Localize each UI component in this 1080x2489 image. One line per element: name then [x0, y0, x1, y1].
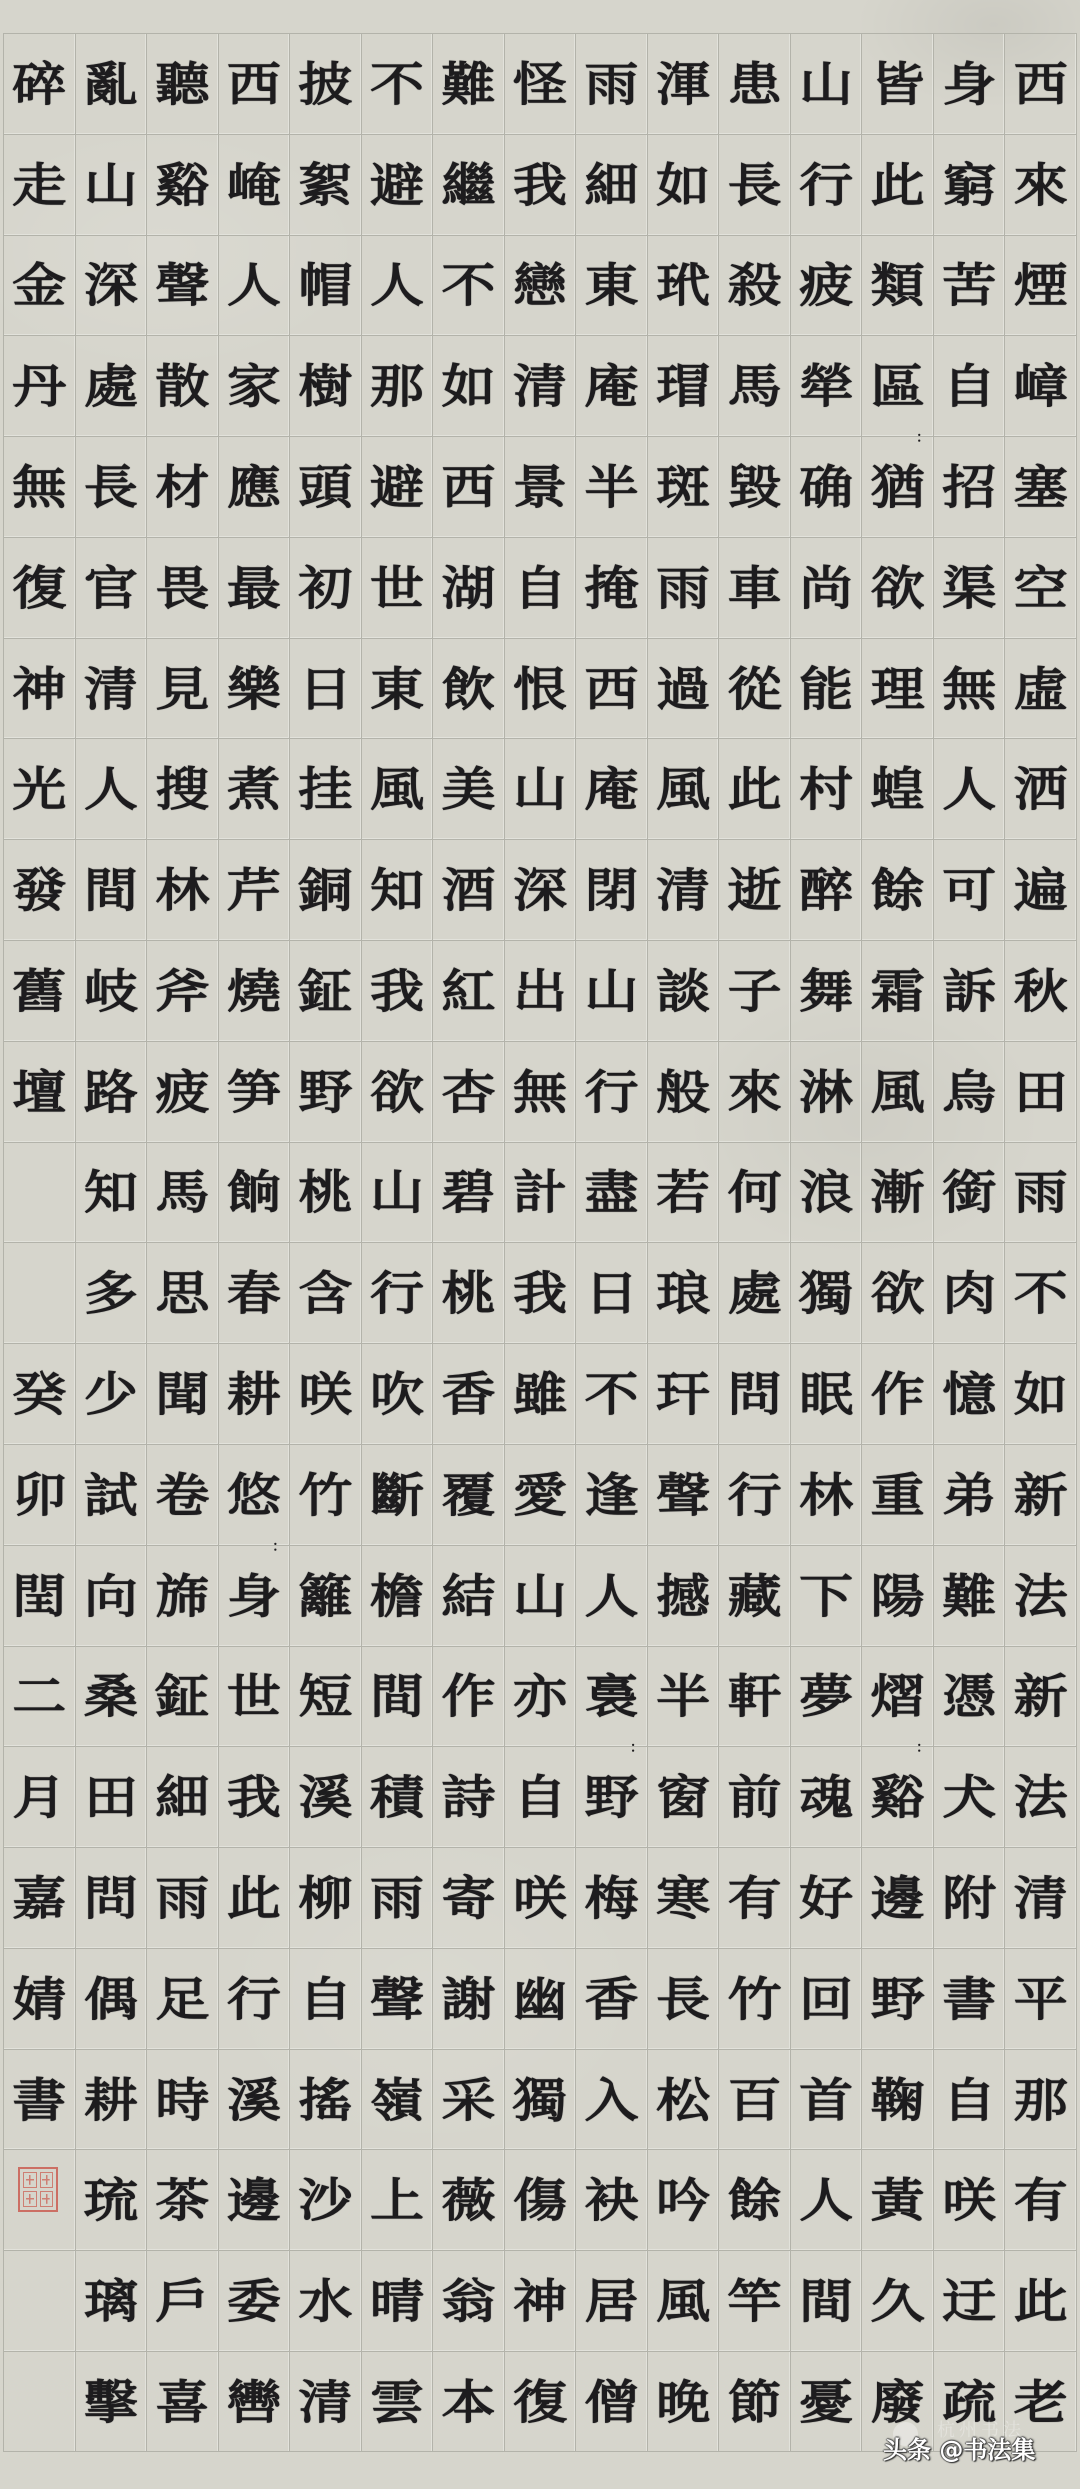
text-column: 怪我戀清景自恨山深出無計我雖愛山亦自咲幽獨傷神復	[505, 34, 577, 2451]
character-cell: 東	[576, 236, 647, 337]
repeat-mark: ：	[916, 431, 930, 445]
character: 獨	[799, 1270, 853, 1316]
character-cell: 疲	[791, 236, 862, 337]
character: 谿	[155, 161, 209, 207]
character-cell: 庵	[576, 739, 647, 840]
character-cell: 窮	[934, 135, 1005, 236]
character-cell: 我	[362, 941, 433, 1042]
character-cell: 世	[219, 1647, 290, 1748]
character-cell: 官	[76, 538, 147, 639]
character-cell: 庵	[576, 336, 647, 437]
character-cell: 竹	[290, 1445, 361, 1546]
character: 苦	[942, 262, 996, 308]
character-cell: 有	[719, 1848, 790, 1949]
character-cell: 西	[1005, 34, 1076, 135]
character-cell: 憑	[934, 1647, 1005, 1748]
repeat-mark: ：	[272, 1540, 286, 1554]
character: 旆	[155, 1572, 209, 1618]
character: 餘	[871, 867, 925, 913]
character: 嘉	[12, 1875, 66, 1921]
character: 美	[441, 766, 495, 812]
character-cell: 轡	[219, 2352, 290, 2453]
character: 山	[585, 968, 639, 1014]
character: 咲	[298, 1371, 352, 1417]
character: 絮	[298, 161, 352, 207]
seal-glyph	[23, 2172, 37, 2188]
character: 香	[441, 1371, 495, 1417]
character: 家	[227, 363, 281, 409]
character: 此	[871, 161, 925, 207]
character-cell: 溪	[219, 2050, 290, 2151]
character-cell: 自	[934, 336, 1005, 437]
character: 喜	[155, 2379, 209, 2425]
character-cell: 吹	[362, 1344, 433, 1445]
character-cell: 晴	[362, 2251, 433, 2352]
character-cell: 猶	[862, 437, 933, 538]
character: 那	[1014, 2076, 1068, 2122]
character: 半	[585, 464, 639, 510]
character: 竿	[728, 2278, 782, 2324]
character-cell: 招	[934, 437, 1005, 538]
character: 斧	[155, 968, 209, 1014]
character-cell: 多	[76, 1243, 147, 1344]
character-cell: 咲	[934, 2150, 1005, 2251]
character-cell: 法	[1005, 1747, 1076, 1848]
character: 二	[12, 1673, 66, 1719]
character: 行	[799, 161, 853, 207]
character: 清	[513, 363, 567, 409]
character-cell: 書	[4, 2050, 75, 2151]
character-cell: 新	[1005, 1445, 1076, 1546]
character: 材	[155, 464, 209, 510]
character: 短	[298, 1673, 352, 1719]
character-cell: 西	[433, 437, 504, 538]
character-cell: 避	[362, 437, 433, 538]
character: 我	[513, 1270, 567, 1316]
character: 茶	[155, 2177, 209, 2223]
character-cell: 從	[719, 639, 790, 740]
character-cell: 銅	[290, 840, 361, 941]
character: 避	[370, 161, 424, 207]
character-cell: 風	[648, 2251, 719, 2352]
character-cell: 此	[219, 1848, 290, 1949]
character: 好	[799, 1875, 853, 1921]
character: 時	[155, 2076, 209, 2122]
character-cell: 陽	[862, 1546, 933, 1647]
character: 若	[656, 1169, 710, 1215]
character-cell: 行	[219, 1949, 290, 2050]
character-cell: 舞	[791, 941, 862, 1042]
character: 薇	[441, 2177, 495, 2223]
character-cell: 笋	[219, 1042, 290, 1143]
character: 此	[227, 1875, 281, 1921]
character-cell: 無	[505, 1042, 576, 1143]
character: 飲	[441, 665, 495, 711]
empty-cell	[4, 2352, 75, 2453]
character-cell: 首	[791, 2050, 862, 2151]
character-cell: 犖	[791, 336, 862, 437]
character: 身	[227, 1572, 281, 1618]
character-cell: 作	[433, 1647, 504, 1748]
character: 遍	[1014, 867, 1068, 913]
character-cell: 走	[4, 135, 75, 236]
character: 東	[370, 665, 424, 711]
character-cell: 聲	[147, 236, 218, 337]
text-column: 山行疲犖确尚能村醉舞淋浪獨眠林下夢魂好回首人間憂	[791, 34, 863, 2451]
character: 餉	[227, 1169, 281, 1215]
character-cell: 喜	[147, 2352, 218, 2453]
character-cell: 自	[505, 538, 576, 639]
character: 那	[370, 363, 424, 409]
character-cell: 附	[934, 1848, 1005, 1949]
character: 憂	[799, 2379, 853, 2425]
character-cell: 長	[719, 135, 790, 236]
character-cell: 碧	[433, 1143, 504, 1244]
character: 邊	[227, 2177, 281, 2223]
character: 山	[84, 161, 138, 207]
character-cell: 人	[934, 739, 1005, 840]
character-cell: 沙	[290, 2150, 361, 2251]
character-cell: 風	[362, 739, 433, 840]
character: 梅	[585, 1875, 639, 1921]
character: 袂	[585, 2177, 639, 2223]
character-cell: 聞	[147, 1344, 218, 1445]
character-cell: 人	[362, 236, 433, 337]
character: 洒	[1014, 766, 1068, 812]
character: 馬	[728, 363, 782, 409]
character: 訴	[942, 968, 996, 1014]
character: 間	[370, 1673, 424, 1719]
character: 疲	[155, 1068, 209, 1114]
character-cell: 餉	[219, 1143, 290, 1244]
character: 理	[871, 665, 925, 711]
character: 長	[728, 161, 782, 207]
character-cell: 香	[576, 1949, 647, 2050]
character-cell: 嶺	[362, 2050, 433, 2151]
character-cell: 旆	[147, 1546, 218, 1647]
character: 足	[155, 1976, 209, 2022]
character: 含	[298, 1270, 352, 1316]
text-column: 碎走金丹無復神光發舊壇癸卯閏二月嘉婧書	[4, 34, 76, 2451]
character: 談	[656, 968, 710, 1014]
character-cell: 人	[576, 1546, 647, 1647]
character: 計	[513, 1169, 567, 1215]
character: 掩	[585, 565, 639, 611]
character: 悠	[227, 1472, 281, 1518]
character-cell: 野	[290, 1042, 361, 1143]
character: 傷	[513, 2177, 567, 2223]
character: 烏	[942, 1068, 996, 1114]
character-cell: 斧	[147, 941, 218, 1042]
character: 難	[441, 61, 495, 107]
character: 風	[656, 766, 710, 812]
character-cell: 復	[4, 538, 75, 639]
character-cell: 何	[719, 1143, 790, 1244]
character-cell: 獨	[505, 2050, 576, 2151]
character: 耕	[84, 2076, 138, 2122]
character-cell: 行	[719, 1445, 790, 1546]
character: 水	[298, 2278, 352, 2324]
character-cell: 籬	[290, 1546, 361, 1647]
character-cell: 紅	[433, 941, 504, 1042]
character: 附	[942, 1875, 996, 1921]
character: 無	[12, 464, 66, 510]
character: 聽	[155, 61, 209, 107]
character: 舊	[12, 968, 66, 1014]
character: 法	[1014, 1572, 1068, 1618]
character-cell: 鞠	[862, 2050, 933, 2151]
character: 眠	[799, 1371, 853, 1417]
character: 春	[227, 1270, 281, 1316]
character-cell: 卷	[147, 1445, 218, 1546]
character-cell: 桃	[290, 1143, 361, 1244]
character-cell: 肉	[934, 1243, 1005, 1344]
character: 幽	[513, 1976, 567, 2022]
character: 魂	[799, 1774, 853, 1820]
character: 不	[441, 262, 495, 308]
character: 卯	[12, 1472, 66, 1518]
seal-glyph	[40, 2191, 54, 2207]
character: 如	[441, 363, 495, 409]
character: 煙	[1014, 262, 1068, 308]
character: 積	[370, 1774, 424, 1820]
character: 杏	[441, 1068, 495, 1114]
character: 渾	[656, 61, 710, 107]
character: 翁	[441, 2278, 495, 2324]
character: 委	[227, 2278, 281, 2324]
character: 琉	[84, 2177, 138, 2223]
character-cell: 璃	[76, 2251, 147, 2352]
character-cell: 初	[290, 538, 361, 639]
character: 如	[656, 161, 710, 207]
character: 出	[513, 968, 567, 1014]
character-cell: 行	[576, 1042, 647, 1143]
character-cell: 人	[219, 236, 290, 337]
character: 醉	[799, 867, 853, 913]
character-cell: 苦	[934, 236, 1005, 337]
character-cell: 聲	[648, 1445, 719, 1546]
character: 復	[513, 2379, 567, 2425]
character: 初	[298, 565, 352, 611]
text-column: 渾如玳瑁斑雨過風清談般若琅玕聲撼半窗寒長松吟風晚	[648, 34, 720, 2451]
character: 深	[84, 262, 138, 308]
character: 竹	[728, 1976, 782, 2022]
character: 覆	[441, 1472, 495, 1518]
character: 此	[728, 766, 782, 812]
character-cell: 恨	[505, 639, 576, 740]
character-cell: 思	[147, 1243, 218, 1344]
character-cell: 理	[862, 639, 933, 740]
character: 人	[370, 262, 424, 308]
character: 殺	[728, 262, 782, 308]
character-cell: 玕	[648, 1344, 719, 1445]
character: 行	[370, 1270, 424, 1316]
character-cell: 撼	[648, 1546, 719, 1647]
character-cell: 身	[934, 34, 1005, 135]
character-cell: 世	[362, 538, 433, 639]
character-cell: 有	[1005, 2150, 1076, 2251]
character-cell: 詩	[433, 1747, 504, 1848]
character-cell: 過	[648, 639, 719, 740]
character: 盡	[585, 1169, 639, 1215]
character-cell: 芹	[219, 840, 290, 941]
character: 風	[871, 1068, 925, 1114]
character: 憶	[942, 1371, 996, 1417]
character-cell: 好	[791, 1848, 862, 1949]
character-cell: 崦	[219, 135, 290, 236]
character: 節	[728, 2379, 782, 2425]
character: 金	[12, 262, 66, 308]
character-cell: 漸	[862, 1143, 933, 1244]
character-cell: 節	[719, 2352, 790, 2453]
character: 軒	[728, 1673, 782, 1719]
character-cell: 百	[719, 2050, 790, 2151]
character: 癸	[12, 1371, 66, 1417]
character-cell: 山	[76, 135, 147, 236]
character-cell: 岐	[76, 941, 147, 1042]
character: 湖	[441, 565, 495, 611]
character-cell: 如	[648, 135, 719, 236]
character-cell: 欲	[862, 538, 933, 639]
character: 耕	[227, 1371, 281, 1417]
character-cell: 不	[362, 34, 433, 135]
character: 般	[656, 1068, 710, 1114]
character: 帽	[298, 262, 352, 308]
character-cell: 問	[76, 1848, 147, 1949]
character: 斑	[656, 464, 710, 510]
character-cell: 眠	[791, 1344, 862, 1445]
character: 疏	[942, 2379, 996, 2425]
character: 人	[585, 1572, 639, 1618]
character: 聲	[155, 262, 209, 308]
character: 聲	[370, 1976, 424, 2022]
character: 燒	[227, 968, 281, 1014]
character-cell: 碎	[4, 34, 75, 135]
character-cell: 斷	[362, 1445, 433, 1546]
character: 間	[799, 2278, 853, 2324]
character: 人	[227, 262, 281, 308]
character-cell: 迂	[934, 2251, 1005, 2352]
character: 東	[585, 262, 639, 308]
character: 知	[84, 1169, 138, 1215]
character: 長	[84, 464, 138, 510]
character: 樹	[298, 363, 352, 409]
character-cell: 足	[147, 1949, 218, 2050]
character-cell: 癸	[4, 1344, 75, 1445]
character: 欲	[871, 565, 925, 611]
character: 碧	[441, 1169, 495, 1215]
character: 人	[942, 766, 996, 812]
character: 山	[370, 1169, 424, 1215]
character-cell: 那	[362, 336, 433, 437]
character-cell: 桃	[433, 1243, 504, 1344]
character-cell: 檐	[362, 1546, 433, 1647]
character: 書	[942, 1976, 996, 2022]
character-cell: 山	[505, 1546, 576, 1647]
character: 自	[513, 565, 567, 611]
character: 路	[84, 1068, 138, 1114]
character-cell: 上	[362, 2150, 433, 2251]
text-column: 雨細東庵半掩西庵閉山行盡日不逢人裛：野梅香入袂居僧	[576, 34, 648, 2451]
character: 憑	[942, 1673, 996, 1719]
character: 繼	[441, 161, 495, 207]
character: 藏	[728, 1572, 782, 1618]
character: 行	[728, 1472, 782, 1518]
character: 桑	[84, 1673, 138, 1719]
character: 清	[298, 2379, 352, 2425]
character-cell: 竿	[719, 2251, 790, 2352]
character-cell: 嶂	[1005, 336, 1076, 437]
character-cell: 憶	[934, 1344, 1005, 1445]
text-column: 西崦人家應最樂煮芹燒笋餉春耕悠：身世我此行溪邊委轡	[219, 34, 291, 2451]
character: 紅	[441, 968, 495, 1014]
character-cell: 燒	[219, 941, 290, 1042]
character-cell: 酒	[433, 840, 504, 941]
character: 桃	[441, 1270, 495, 1316]
character: 蝗	[871, 766, 925, 812]
character: 子	[728, 968, 782, 1014]
character-cell: 谿	[862, 1747, 933, 1848]
character-cell: 光	[4, 739, 75, 840]
character-cell: 絮	[290, 135, 361, 236]
repeat-mark: ：	[630, 1741, 644, 1755]
character-cell: 欲	[362, 1042, 433, 1143]
character-cell: 欲	[862, 1243, 933, 1344]
character: 閏	[12, 1572, 66, 1618]
character: 浪	[799, 1169, 853, 1215]
character: 本	[441, 2379, 495, 2425]
character-cell: 披	[290, 34, 361, 135]
character: 村	[799, 766, 853, 812]
character-cell: 雲	[362, 2352, 433, 2453]
character: 瑁	[656, 363, 710, 409]
calligraphy-grid: 西來煙嶂塞空虛洒遍秋田雨不如新法新法清平那有此老身窮苦自招渠無人可訴烏銜肉憶弟難…	[3, 33, 1077, 2452]
character-cell: 山	[505, 739, 576, 840]
character-cell: 掩	[576, 538, 647, 639]
character-cell: 嘉	[4, 1848, 75, 1949]
character: 雨	[585, 61, 639, 107]
character-cell: 結	[433, 1546, 504, 1647]
character: 恨	[513, 665, 567, 711]
character: 入	[585, 2076, 639, 2122]
character-cell: 月	[4, 1747, 75, 1848]
character: 逢	[585, 1472, 639, 1518]
character: 猶	[871, 464, 925, 510]
character: 挂	[298, 766, 352, 812]
character: 清	[656, 867, 710, 913]
character-cell: 秋	[1005, 941, 1076, 1042]
character: 披	[298, 61, 352, 107]
character-cell: 野	[576, 1747, 647, 1848]
character-cell: 雨	[576, 34, 647, 135]
character-cell: 訴	[934, 941, 1005, 1042]
character: 犖	[799, 363, 853, 409]
character-cell: 居	[576, 2251, 647, 2352]
character-cell: 金	[4, 236, 75, 337]
character-cell: 殺	[719, 236, 790, 337]
character: 長	[656, 1976, 710, 2022]
character: 山	[799, 61, 853, 107]
character: 細	[155, 1774, 209, 1820]
character-cell: 逢	[576, 1445, 647, 1546]
character-cell: 平	[1005, 1949, 1076, 2050]
character-cell: 山	[362, 1143, 433, 1244]
character: 獨	[513, 2076, 567, 2122]
character-cell: 戀	[505, 236, 576, 337]
character: 處	[728, 1270, 782, 1316]
character-cell: 村	[791, 739, 862, 840]
character-cell: 發	[4, 840, 75, 941]
